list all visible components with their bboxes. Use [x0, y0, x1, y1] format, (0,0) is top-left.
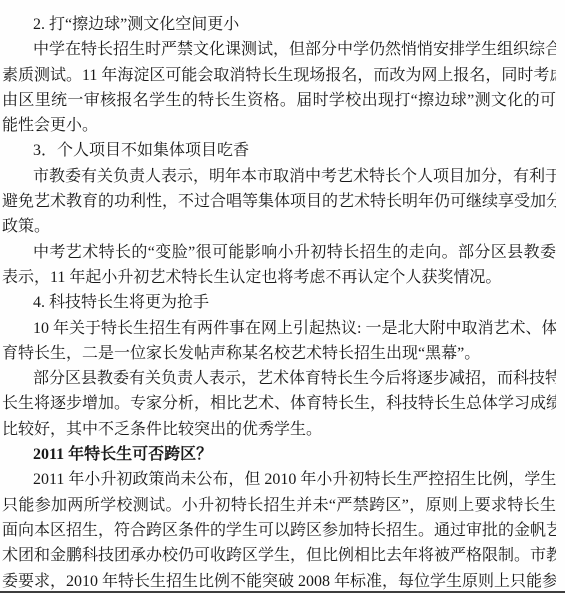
paragraph-line: 比较好，其中不乏条件比较突出的优秀学生。: [2, 417, 556, 442]
document-page: 2. 打“擦边球”测文化空间更小 中学在特长招生时严禁文化课测试，但部分中学仍然…: [0, 0, 565, 594]
paragraph-line: 中学在特长招生时严禁文化课测试，但部分中学仍然悄悄安排学生组织综合: [2, 37, 556, 62]
section-heading-2: 2. 打“擦边球”测文化空间更小: [2, 12, 556, 37]
paragraph-line: 避免艺术教育的功利性，不过合唱等集体项目的艺术特长明年仍可继续享受加分: [2, 189, 556, 214]
section-heading-4: 4. 科技特长生将更为抢手: [2, 290, 556, 315]
paragraph-line: 市教委有关负责人表示，明年本市取消中考艺术特长个人项目加分，有利于: [2, 164, 556, 189]
section-heading-3: 3．个人项目不如集体项目吃香: [2, 138, 556, 163]
paragraph-line: 中考艺术特长的“变脸”很可能影响小升初特长招生的走向。部分区县教委: [2, 240, 556, 265]
paragraph-line: 能性会更小。: [2, 113, 556, 138]
paragraph-line: 由区里统一审核报名学生的特长生资格。届时学校出现打“擦边球”测文化的可: [2, 88, 556, 113]
paragraph-line: 政策。: [2, 214, 556, 239]
paragraph-line: 面向本区招生，符合跨区条件的学生可以跨区参加特长招生。通过审批的金帆艺: [2, 518, 556, 543]
paragraph-line: 10 年关于特长生招生有两件事在网上引起热议: 一是北大附中取消艺术、体: [2, 316, 556, 341]
paragraph-line: 只能参加两所学校测试。小升初特长招生并未“严禁跨区”，原则上要求特长生: [2, 493, 556, 518]
question-heading: 2011 年特长生可否跨区？: [2, 442, 556, 467]
bottom-border-line: [0, 591, 565, 593]
paragraph-line: 术团和金鹏科技团承办校仍可收跨区学生，但比例相比去年将被严格限制。市教: [2, 543, 556, 568]
paragraph-line: 表示，11 年起小升初艺术特长生认定也将考虑不再认定个人获奖情况。: [2, 265, 556, 290]
paragraph-line: 部分区县教委有关负责人表示，艺术体育特长生今后将逐步减招，而科技特: [2, 366, 556, 391]
paragraph-line: 素质测试。11 年海淀区可能会取消特长生现场报名，而改为网上报名，同时考虑: [2, 63, 556, 88]
paragraph-line: 长生将逐步增加。专家分析，相比艺术、体育特长生，科技特长生总体学习成绩: [2, 391, 556, 416]
document-text: 2. 打“擦边球”测文化空间更小 中学在特长招生时严禁文化课测试，但部分中学仍然…: [0, 0, 565, 594]
paragraph-line: 育特长生，二是一位家长发帖声称某名校艺术特长招生出现“黑幕”。: [2, 341, 556, 366]
paragraph-line: 2011 年小升初政策尚未公布，但 2010 年小升初特长生严控招生比例，学生: [2, 467, 556, 492]
